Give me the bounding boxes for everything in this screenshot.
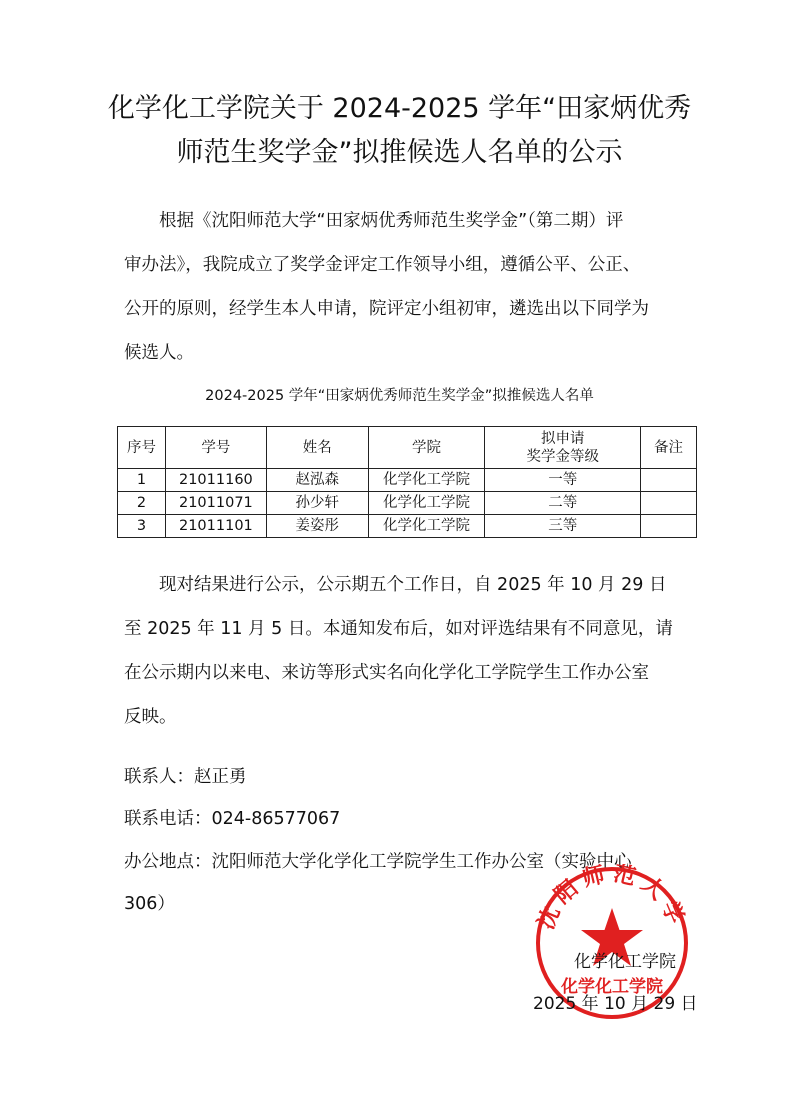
notice-paragraph-line-1: 现对结果进行公示，公示期五个工作日，自 2025 年 10 月 29 日 xyxy=(124,571,666,596)
table-row: 1 21011160 赵泓森 化学化工学院 一等 xyxy=(118,469,697,492)
notice-page: 化学化工学院关于 2024-2025 学年“田家炳优秀 师范生奖学金”拟推候选人… xyxy=(0,0,799,1114)
intro-paragraph-line-3: 公开的原则，经学生本人申请，院评定小组初审，遴选出以下同学为 xyxy=(124,295,649,320)
cell-grade: 三等 xyxy=(485,515,641,538)
signature-org: 化学化工学院 xyxy=(574,947,676,972)
notice-title-line-2: 师范生奖学金”拟推候选人名单的公示 xyxy=(0,136,799,170)
col-header-index: 序号 xyxy=(118,427,166,469)
cell-remarks xyxy=(641,469,697,492)
cell-name: 孙少轩 xyxy=(266,492,368,515)
cell-college: 化学化工学院 xyxy=(368,469,485,492)
contact-phone: 联系电话：024-86577067 xyxy=(124,805,340,830)
cell-remarks xyxy=(641,515,697,538)
col-header-college: 学院 xyxy=(368,427,485,469)
table-row: 3 21011101 姜姿彤 化学化工学院 三等 xyxy=(118,515,697,538)
cell-index: 2 xyxy=(118,492,166,515)
cell-college: 化学化工学院 xyxy=(368,515,485,538)
table-title: 2024-2025 学年“田家炳优秀师范生奖学金”拟推候选人名单 xyxy=(0,384,799,405)
cell-remarks xyxy=(641,492,697,515)
contact-address-line-2: 306） xyxy=(124,890,175,915)
col-header-name: 姓名 xyxy=(266,427,368,469)
cell-index: 1 xyxy=(118,469,166,492)
cell-student-id: 21011101 xyxy=(165,515,266,538)
col-header-grade-line-1: 拟申请 xyxy=(485,430,640,448)
candidate-table: 序号 学号 姓名 学院 拟申请 奖学金等级 备注 1 21011160 赵泓森 … xyxy=(117,426,697,538)
intro-paragraph-line-2: 审办法》，我院成立了奖学金评定工作领导小组，遵循公平、公正、 xyxy=(124,251,640,276)
table-row: 2 21011071 孙少轩 化学化工学院 二等 xyxy=(118,492,697,515)
notice-paragraph-line-3: 在公示期内以来电、来访等形式实名向化学化工学院学生工作办公室 xyxy=(124,659,649,684)
table-header-row: 序号 学号 姓名 学院 拟申请 奖学金等级 备注 xyxy=(118,427,697,469)
signature-date: 2025 年 10 月 29 日 xyxy=(533,989,698,1014)
cell-name: 赵泓森 xyxy=(266,469,368,492)
cell-name: 姜姿彤 xyxy=(266,515,368,538)
intro-paragraph-line-1: 根据《沈阳师范大学“田家炳优秀师范生奖学金”（第二期）评 xyxy=(124,207,623,232)
contact-person: 联系人：赵正勇 xyxy=(124,763,247,788)
cell-student-id: 21011160 xyxy=(165,469,266,492)
col-header-grade-line-2: 奖学金等级 xyxy=(485,448,640,466)
col-header-student-id: 学号 xyxy=(165,427,266,469)
cell-student-id: 21011071 xyxy=(165,492,266,515)
col-header-remarks: 备注 xyxy=(641,427,697,469)
cell-grade: 二等 xyxy=(485,492,641,515)
intro-paragraph-line-4: 候选人。 xyxy=(124,339,194,364)
col-header-grade: 拟申请 奖学金等级 xyxy=(485,427,641,469)
cell-college: 化学化工学院 xyxy=(368,492,485,515)
notice-paragraph-line-2: 至 2025 年 11 月 5 日。本通知发布后，如对评选结果有不同意见，请 xyxy=(124,615,673,640)
notice-paragraph-line-4: 反映。 xyxy=(124,703,177,728)
cell-index: 3 xyxy=(118,515,166,538)
cell-grade: 一等 xyxy=(485,469,641,492)
notice-title-line-1: 化学化工学院关于 2024-2025 学年“田家炳优秀 xyxy=(0,92,799,126)
